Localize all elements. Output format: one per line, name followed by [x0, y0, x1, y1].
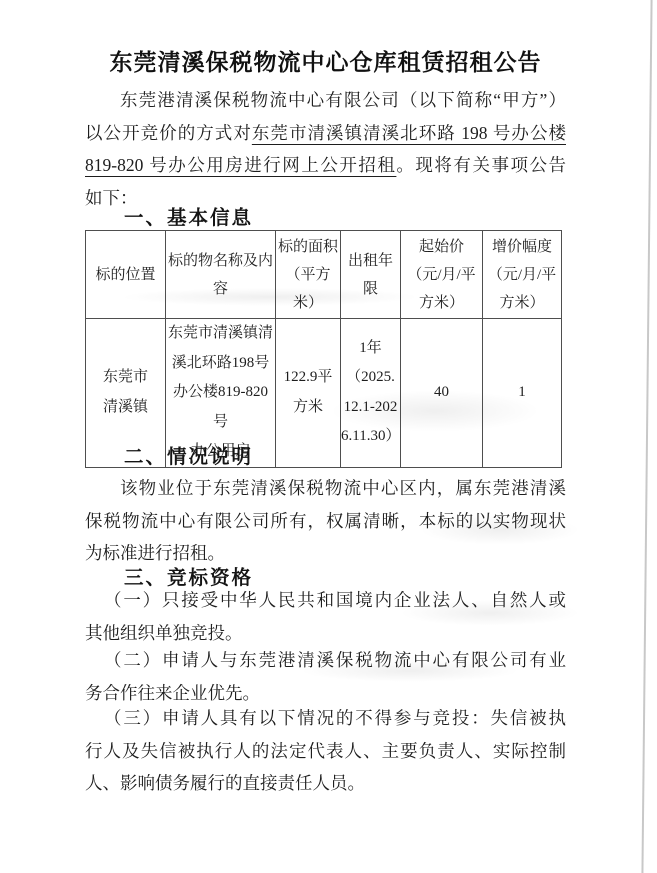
cell-line: 清溪镇: [86, 393, 165, 423]
cell-line: 方米）: [483, 289, 561, 317]
text-line: 该物业位于东莞清溪保税物流中心区内，属东莞港清溪: [85, 472, 566, 505]
ink-bleed-smudge: [120, 288, 420, 306]
cell-line: 东莞市清溪镇清: [166, 319, 275, 349]
ink-bleed-smudge: [420, 515, 580, 545]
underlined-text: 东莞市清溪镇清溪北环路 198 号办公楼: [252, 123, 566, 143]
cell-line: 起始价: [401, 233, 482, 261]
text-segment: 。现将有关事项公告: [396, 155, 566, 175]
ink-bleed-smudge: [300, 660, 520, 682]
ink-bleed-smudge: [400, 600, 580, 626]
cell-line: 标的面积: [276, 233, 340, 261]
text-line: 819-820 号办公用房进行网上公开招租。现将有关事项公告: [85, 149, 566, 182]
underlined-text: 819-820 号办公用房进行网上公开招租: [85, 155, 396, 175]
text-segment: 行人及失信被执行人的法定代表人、主要负责人、实际控制: [85, 741, 566, 761]
qualification-paragraph-3: （三）申请人具有以下情况的不得参与竞投：失信被执行人及失信被执行人的法定代表人、…: [85, 702, 566, 800]
table-cell: 东莞市清溪镇: [86, 319, 166, 468]
cell-line: （平方: [276, 261, 340, 289]
text-segment: （三）申请人具有以下情况的不得参与竞投：失信被执: [104, 708, 566, 728]
cell-line: （元/月/平: [483, 261, 561, 289]
text-segment: 人、影响债务履行的直接责任人员。: [85, 773, 365, 793]
text-segment: 东莞港清溪保税物流中心有限公司（以下简称“甲方”）: [120, 90, 566, 110]
cell-line: 122.9平: [276, 363, 340, 393]
text-segment: 其他组织单独竞投。: [85, 623, 243, 643]
cell-line: 办公楼819-820号: [166, 378, 275, 437]
cell-line: 溪北环路198号: [166, 349, 275, 379]
text-line: 东莞港清溪保税物流中心有限公司（以下简称“甲方”）: [85, 84, 566, 117]
cell-line: 东莞市: [86, 363, 165, 393]
cell-line: 标的物名称及内: [166, 247, 275, 275]
intro-paragraph: 东莞港清溪保税物流中心有限公司（以下简称“甲方”）以公开竞价的方式对东莞市清溪镇…: [85, 84, 566, 214]
table-cell: 东莞市清溪镇清溪北环路198号办公楼819-820号办公用房: [166, 319, 276, 468]
text-segment: 务合作往来企业优先。: [85, 683, 260, 703]
text-segment: 该物业位于东莞清溪保税物流中心区内，属东莞港清溪: [120, 478, 566, 498]
cell-line: 出租年: [341, 247, 400, 275]
text-segment: 以公开竞价的方式对: [85, 123, 252, 143]
text-line: （三）申请人具有以下情况的不得参与竞投：失信被执: [85, 702, 566, 735]
text-line: 人、影响债务履行的直接责任人员。: [85, 767, 566, 800]
scanned-announcement-page: 东莞清溪保税物流中心仓库租赁招租公告 东莞港清溪保税物流中心有限公司（以下简称“…: [0, 0, 657, 873]
cell-line: 1年: [341, 334, 400, 364]
ink-bleed-smudge: [330, 390, 540, 432]
section-heading-basic-info: 一、基本信息: [85, 207, 253, 229]
document-title: 东莞清溪保税物流中心仓库租赁招租公告: [85, 48, 566, 78]
section-heading-situation: 二、情况说明: [85, 446, 253, 468]
cell-line: （元/月/平: [401, 261, 482, 289]
text-line: 以公开竞价的方式对东莞市清溪镇清溪北环路 198 号办公楼: [85, 117, 566, 150]
text-segment: 如下：: [85, 188, 138, 208]
page-edge-scan-line: [641, 0, 652, 873]
cell-line: 增价幅度: [483, 233, 561, 261]
table-header-cell: 增价幅度（元/月/平方米）: [483, 231, 562, 319]
cell-line: 标的位置: [86, 261, 165, 289]
cell-line: （2025.: [341, 363, 400, 393]
text-segment: 为标准进行招租。: [85, 543, 225, 563]
text-line: 行人及失信被执行人的法定代表人、主要负责人、实际控制: [85, 735, 566, 768]
